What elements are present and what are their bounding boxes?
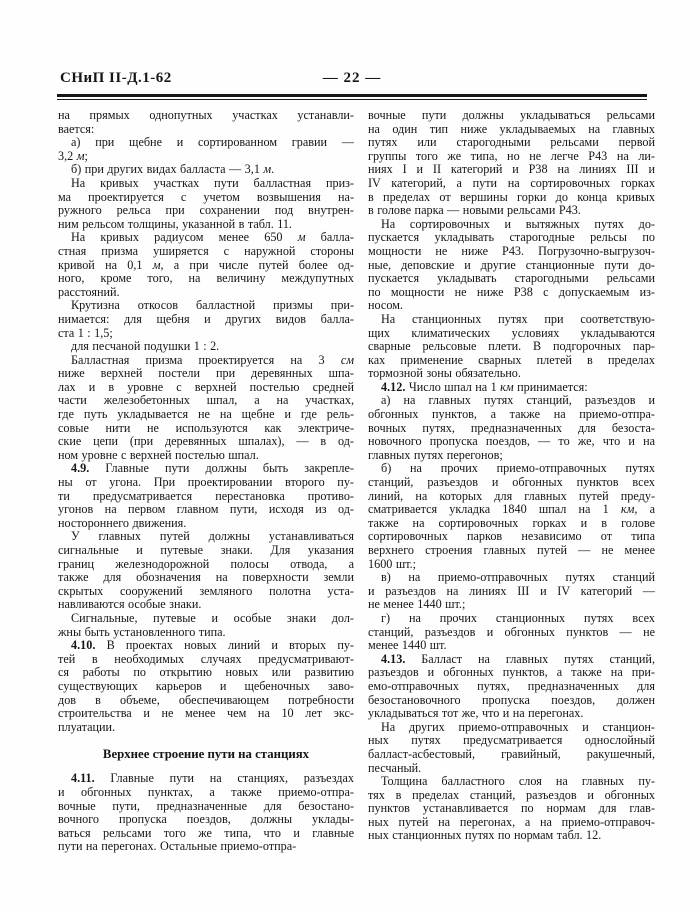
paragraph: 4.9. Главные пути должны быть закрепле-н… bbox=[58, 462, 354, 530]
paragraph: 4.13. Балласт на главных путях станций,р… bbox=[368, 653, 655, 721]
paragraph: Сигнальные, путевые и особые знаки дол-ж… bbox=[58, 612, 354, 639]
text-line: также на сортировочных горках и в голове bbox=[368, 517, 655, 531]
text-line: 1600 шт.; bbox=[368, 558, 655, 572]
text-line: а) на главных путях станций, разъездов и bbox=[368, 394, 655, 408]
text-line: б) на прочих приемо-отправочных путях bbox=[368, 462, 655, 476]
paragraph: 4.10. В проектах новых линий и вторых пу… bbox=[58, 639, 354, 734]
paragraph: в) на приемо-отправочных путях станцийи … bbox=[368, 571, 655, 612]
text-line: ные, деповские и другие станционные пути… bbox=[368, 259, 655, 273]
text-line: На станционных путях при соответствую- bbox=[368, 313, 655, 327]
text-line: дов в объеме, обеспечивающем потребности bbox=[58, 694, 354, 708]
paragraph: Крутизна откосов балластной призмы при-н… bbox=[58, 299, 354, 340]
header-rule bbox=[57, 94, 647, 100]
text-line: ных путях предусматривается однослойный bbox=[368, 734, 655, 748]
text-line: вочного пропуска поездов, должны уклады- bbox=[58, 813, 354, 827]
page-number: — 22 — bbox=[57, 70, 647, 87]
text-line: б) при других видах балласта — 3,1 м. bbox=[58, 163, 354, 177]
text-line: плуатации. bbox=[58, 721, 354, 735]
paragraph: На кривых участках пути балластная приз-… bbox=[58, 177, 354, 231]
paragraph: б) при других видах балласта — 3,1 м. bbox=[58, 163, 354, 177]
text-line: носом. bbox=[368, 299, 655, 313]
text-line: линий, на которых для главных путей пред… bbox=[368, 490, 655, 504]
text-line: строительства и не менее чем на 10 лет э… bbox=[58, 707, 354, 721]
text-line: пунктов устанавливается по нормам для гл… bbox=[368, 802, 655, 816]
text-line: и разъездов на линиях III и IV категорий… bbox=[368, 585, 655, 599]
page-header: СНиП II-Д.1-62 — 22 — bbox=[57, 70, 647, 92]
text-line: вочных путях, предназначенных для безост… bbox=[368, 422, 655, 436]
text-line: На сортировочных и вытяжных путях до- bbox=[368, 218, 655, 232]
text-line: На кривых радиусом менее 650 м балла- bbox=[58, 231, 354, 245]
text-line: для песчаной подушки 1 : 2. bbox=[58, 340, 354, 354]
text-line: пускается укладывать старогодными рельса… bbox=[368, 272, 655, 286]
paragraph: На сортировочных и вытяжных путях до-пус… bbox=[368, 218, 655, 313]
text-line: На других приемо-отправочных и станцион- bbox=[368, 721, 655, 735]
text-line: безостановочного пропуска поездов, долже… bbox=[368, 694, 655, 708]
text-line: и обгонных пунктах, а также приемо-отпра… bbox=[58, 786, 354, 800]
text-line: а) при щебне и сортированном гравии — bbox=[58, 136, 354, 150]
text-line: в пределах от вершины горки до конца кри… bbox=[368, 191, 655, 205]
paragraph: На других приемо-отправочных и станцион-… bbox=[368, 721, 655, 775]
text-line: ста 1 : 1,5; bbox=[58, 327, 354, 341]
text-line: стная призма уширяется с наружной сторон… bbox=[58, 245, 354, 259]
text-line: где путь укладывается не на щебне и где … bbox=[58, 408, 354, 422]
text-line: тях в пределах станций, разъездов и обго… bbox=[368, 789, 655, 803]
text-line: путях или старогодными рельсами первой bbox=[368, 136, 655, 150]
document-page: СНиП II-Д.1-62 — 22 — на прямых однопутн… bbox=[0, 0, 700, 910]
text-line: новочного пропуска поездов, — то же, что… bbox=[368, 435, 655, 449]
text-line: ваться рельсами того же типа, что и глав… bbox=[58, 827, 354, 841]
paragraph: Балластная призма проектируется на 3 смн… bbox=[58, 354, 354, 463]
paragraph: а) при щебне и сортированном гравии —3,2… bbox=[58, 136, 354, 163]
paragraph: 4.11. Главные пути на станциях, разъезда… bbox=[58, 772, 354, 854]
text-line: существующих карьеров и щебеночных заво- bbox=[58, 680, 354, 694]
paragraph: для песчаной подушки 1 : 2. bbox=[58, 340, 354, 354]
text-line: ружного рельса при сохранении под внутре… bbox=[58, 204, 354, 218]
text-line: пути на перегонах. Остальные приемо-отпр… bbox=[58, 840, 354, 854]
text-line: ностороннего движения. bbox=[58, 517, 354, 531]
paragraph: Толщина балластного слоя на главных пу-т… bbox=[368, 775, 655, 843]
text-line: щих климатических условиях укладываются bbox=[368, 327, 655, 341]
text-line: ся работы по открытию новых или развитию bbox=[58, 666, 354, 680]
text-line: кривой на 0,1 м, а при числе путей более… bbox=[58, 259, 354, 273]
text-line: Балластная призма проектируется на 3 см bbox=[58, 354, 354, 368]
paragraph: г) на прочих станционных путях всехстанц… bbox=[368, 612, 655, 653]
text-line: обгонных пунктов, а также на приемо-отпр… bbox=[368, 408, 655, 422]
text-line: угонов на первом главном пути, исходя из… bbox=[58, 503, 354, 517]
paragraph: б) на прочих приемо-отправочных путяхста… bbox=[368, 462, 655, 571]
text-line: ных путей на перегонах, а на приемо-отпр… bbox=[368, 816, 655, 830]
text-line: части железобетонных шпал, а на участках… bbox=[58, 394, 354, 408]
text-line: в голове парка — новыми рельсами Р43. bbox=[368, 204, 655, 218]
paragraph: а) на главных путях станций, разъездов и… bbox=[368, 394, 655, 462]
text-line: 4.13. Балласт на главных путях станций, bbox=[368, 653, 655, 667]
text-line: по мощности не ниже Р38 с допускаемым из… bbox=[368, 286, 655, 300]
text-line: г) на прочих станционных путях всех bbox=[368, 612, 655, 626]
text-line: песчаный. bbox=[368, 762, 655, 776]
text-line: вочные пути, предназначенные для безоста… bbox=[58, 800, 354, 814]
text-line: ного, кроме того, на величину междупутны… bbox=[58, 272, 354, 286]
paragraph: На кривых радиусом менее 650 м балла-стн… bbox=[58, 231, 354, 299]
text-line: IV категорий, а пути на сортировочных го… bbox=[368, 177, 655, 191]
text-line: вается: bbox=[58, 123, 354, 137]
text-line: ним рельсом толщины, указанной в табл. 1… bbox=[58, 218, 354, 232]
text-line: вочные пути должны укладываться рельсами bbox=[368, 109, 655, 123]
text-line: группы того же типа, но не легче Р43 на … bbox=[368, 150, 655, 164]
text-line: сортировочных парков независимо от типа bbox=[368, 530, 655, 544]
text-line: также для обозначения на поверхности зем… bbox=[58, 571, 354, 585]
text-line: в) на приемо-отправочных путях станций bbox=[368, 571, 655, 585]
text-line: лах и в уровне с верхней постелью средне… bbox=[58, 381, 354, 395]
text-line: менее 1440 шт. bbox=[368, 639, 655, 653]
text-line: сварные рельсовые плети. В подгорочных п… bbox=[368, 340, 655, 354]
text-line: навливаются особые знаки. bbox=[58, 598, 354, 612]
text-line: жны быть установленного типа. bbox=[58, 626, 354, 640]
text-line: ти предусматривается перестановка против… bbox=[58, 490, 354, 504]
text-line: 4.9. Главные пути должны быть закрепле- bbox=[58, 462, 354, 476]
paragraph: У главных путей должны устанавливатьсяси… bbox=[58, 530, 354, 612]
text-line: мощности не ниже Р43. Погрузочно-выгрузо… bbox=[368, 245, 655, 259]
right-column: вочные пути должны укладываться рельсами… bbox=[368, 109, 655, 854]
text-line: 4.12. Число шпал на 1 км принимается: bbox=[368, 381, 655, 395]
text-line: ных станционных путях по нормам табл. 12… bbox=[368, 829, 655, 843]
text-line: тормозной зоны обязательно. bbox=[368, 367, 655, 381]
text-line: укладываться тот же, что и на перегонах. bbox=[368, 707, 655, 721]
left-column: на прямых однопутных участках устанавли-… bbox=[58, 109, 354, 854]
text-line: совые нити не используются как электриче… bbox=[58, 422, 354, 436]
text-line: Толщина балластного слоя на главных пу- bbox=[368, 775, 655, 789]
text-columns: на прямых однопутных участках устанавли-… bbox=[58, 109, 655, 854]
text-line: верхнего строения главных путей — не мен… bbox=[368, 544, 655, 558]
text-line: сматривается укладка 1840 шпал на 1 км, … bbox=[368, 503, 655, 517]
text-line: ны от угона. При проектировании второго … bbox=[58, 476, 354, 490]
text-line: 4.11. Главные пути на станциях, разъезда… bbox=[58, 772, 354, 786]
text-line: 4.10. В проектах новых линий и вторых пу… bbox=[58, 639, 354, 653]
text-line: тей в необходимых случаях предусматриваю… bbox=[58, 653, 354, 667]
text-line: расстояний. bbox=[58, 286, 354, 300]
text-line: на один тип ниже укладываемых на главных bbox=[368, 123, 655, 137]
text-line: На кривых участках пути балластная приз- bbox=[58, 177, 354, 191]
text-line: балласт-асбестовый, гравийный, ракушечны… bbox=[368, 748, 655, 762]
text-line: границ железнодорожной полосы отвода, а bbox=[58, 558, 354, 572]
text-line: нимается: для щебня и других видов балла… bbox=[58, 313, 354, 327]
paragraph: 4.12. Число шпал на 1 км принимается: bbox=[368, 381, 655, 395]
text-line: 3,2 м; bbox=[58, 150, 354, 164]
text-line: разъездов и обгонных пунктов, а также на… bbox=[368, 666, 655, 680]
text-line: ках применение сварных плетей в пределах bbox=[368, 354, 655, 368]
text-line: станций, разъездов и обгонных пунктов — … bbox=[368, 626, 655, 640]
text-line: емо-отправочных путях, предназначенных д… bbox=[368, 680, 655, 694]
text-line: ном уровне с верхней постелью шпал. bbox=[58, 449, 354, 463]
paragraph: На станционных путях при соответствую-щи… bbox=[368, 313, 655, 381]
text-line: пускается укладывать старогодные рельсы … bbox=[368, 231, 655, 245]
text-line: на прямых однопутных участках устанавли- bbox=[58, 109, 354, 123]
text-line: сигнальные и путевые знаки. Для указания bbox=[58, 544, 354, 558]
text-line: Сигнальные, путевые и особые знаки дол- bbox=[58, 612, 354, 626]
text-line: ниях I и II категорий и Р38 на линиях II… bbox=[368, 163, 655, 177]
text-line: не менее 1440 шт.; bbox=[368, 598, 655, 612]
paragraph: на прямых однопутных участках устанавли-… bbox=[58, 109, 354, 136]
text-line: У главных путей должны устанавливаться bbox=[58, 530, 354, 544]
text-line: ские цепи (при деревянных шпалах), — в о… bbox=[58, 435, 354, 449]
text-line: ма проектируется с учетом возвышения на- bbox=[58, 191, 354, 205]
text-line: скрытых сооружений земляного полотна уст… bbox=[58, 585, 354, 599]
section-heading: Верхнее строение пути на станциях bbox=[58, 747, 354, 761]
paragraph: вочные пути должны укладываться рельсами… bbox=[368, 109, 655, 218]
text-line: ниже верхней постели при деревянных шпа- bbox=[58, 367, 354, 381]
text-line: Крутизна откосов балластной призмы при- bbox=[58, 299, 354, 313]
text-line: главных путях перегонов; bbox=[368, 449, 655, 463]
text-line: станций, разъездов и обгонных пунктов вс… bbox=[368, 476, 655, 490]
